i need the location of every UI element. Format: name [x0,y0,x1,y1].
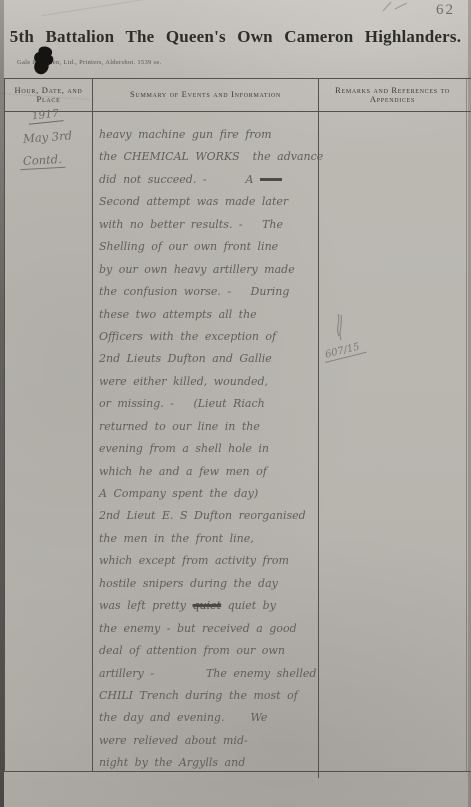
diary-line: these two attempts all the [99,308,318,330]
diary-line-text: Shelling of our own front line [99,240,278,253]
column-header-hour-date-place: Hour, Date, and Place [5,80,92,110]
diary-line: returned to our line in the [99,420,318,442]
diary-line: 2nd Lieuts Dufton and Gallie [99,352,318,374]
table-col2-rule [318,78,319,778]
table-left-rule [4,78,5,772]
diary-line-text: which he and a few men of [99,465,267,478]
diary-line-text: artillery - The enemy shelled [99,667,316,680]
diary-line-text: which except from activity from [99,554,289,567]
diary-line-text: Officers with the exception of [99,330,276,343]
diary-line: night by the Argylls and [99,756,318,778]
diary-line-text: these two attempts all the [99,308,257,321]
diary-line: the enemy - but received a good [99,622,318,644]
diary-line: 2nd Lieut E. S Dufton reorganised [99,509,318,531]
diary-line: which he and a few men of [99,465,318,487]
diary-line: artillery - The enemy shelled [99,667,318,689]
paper-crease [41,0,160,16]
pencil-scratch-mark [381,0,411,12]
diary-line-text: by our own heavy artillery made [99,263,295,276]
diary-line-text: or missing. - (Lieut Riach [99,397,265,410]
table-right-rule [466,78,467,772]
diary-line: Second attempt was made later [99,195,318,217]
struck-out-word: quiet [193,599,222,612]
struck-out-word: —— [260,173,282,186]
diary-line-text: the enemy - but received a good [99,622,297,635]
diary-line: did not succeed. - A —— [99,173,318,195]
diary-line: A Company spent the day) [99,487,318,509]
entry-contd: Contd. [20,152,66,170]
diary-line-text: heavy machine gun fire from [99,128,272,141]
column-header-summary: Summary of Events and Information [93,80,318,110]
diary-line-text: Second attempt was made later [99,195,288,208]
diary-line-text: CHILI Trench during the most of [99,689,298,702]
diary-line-text: the day and evening. We [99,711,267,724]
diary-line-text: A Company spent the day) [99,487,258,500]
diary-line: was left pretty quiet quiet by [99,599,318,621]
diary-line: the men in the front line, [99,532,318,554]
table-header-rule [4,111,471,112]
diary-line-text: was left pretty [99,599,193,612]
diary-line-text: 2nd Lieut E. S Dufton reorganised [99,509,306,522]
diary-line-text: the men in the front line, [99,532,254,545]
page-title: 5th Battalion The Queen's Own Cameron Hi… [0,27,471,47]
diary-line: were either killed, wounded, [99,375,318,397]
diary-line-text: did not succeed. - A [99,173,260,186]
page-number: 62 [436,2,455,19]
diary-line: Officers with the exception of [99,330,318,352]
diary-line-text: evening from a shell hole in [99,442,269,455]
diary-line-text: quiet by [221,599,276,612]
diary-line: hostile snipers during the day [99,577,318,599]
entry-year: 1917 [27,107,63,125]
diary-line: which except from activity from [99,554,318,576]
diary-line-text: hostile snipers during the day [99,577,278,590]
entry-date: May 3rd [23,128,73,145]
diary-line: were relieved about mid- [99,734,318,756]
diary-line-text: were either killed, wounded, [99,375,268,388]
diary-line: by our own heavy artillery made [99,263,318,285]
diary-line: evening from a shell hole in [99,442,318,464]
table-col1-rule [92,78,93,772]
column-header-remarks: Remarks and References to Appendices [319,80,466,110]
diary-line: deal of attention from our own [99,644,318,666]
diary-line-text: the confusion worse. - During [99,285,289,298]
diary-line-text: deal of attention from our own [99,644,285,657]
war-diary-page: 62 5th Battalion The Queen's Own Cameron… [0,0,471,807]
diary-line-text: 2nd Lieuts Dufton and Gallie [99,352,272,365]
diary-line: CHILI Trench during the most of [99,689,318,711]
diary-line: the confusion worse. - During [99,285,318,307]
diary-line: the day and evening. We [99,711,318,733]
diary-line-text: night by the Argylls and [99,756,245,769]
diary-text: heavy machine gun fire fromthe CHEMICAL … [99,128,318,779]
diary-line-text: the CHEMICAL WORKS the advance [99,150,323,163]
diary-line: Shelling of our own front line [99,240,318,262]
diary-line: the CHEMICAL WORKS the advance [99,150,318,172]
diary-line-text: returned to our line in the [99,420,260,433]
diary-line: heavy machine gun fire from [99,128,318,150]
diary-line-text: with no better results. - The [99,218,283,231]
diary-line: or missing. - (Lieut Riach [99,397,318,419]
diary-line-text: were relieved about mid- [99,734,248,747]
diary-line: with no better results. - The [99,218,318,240]
